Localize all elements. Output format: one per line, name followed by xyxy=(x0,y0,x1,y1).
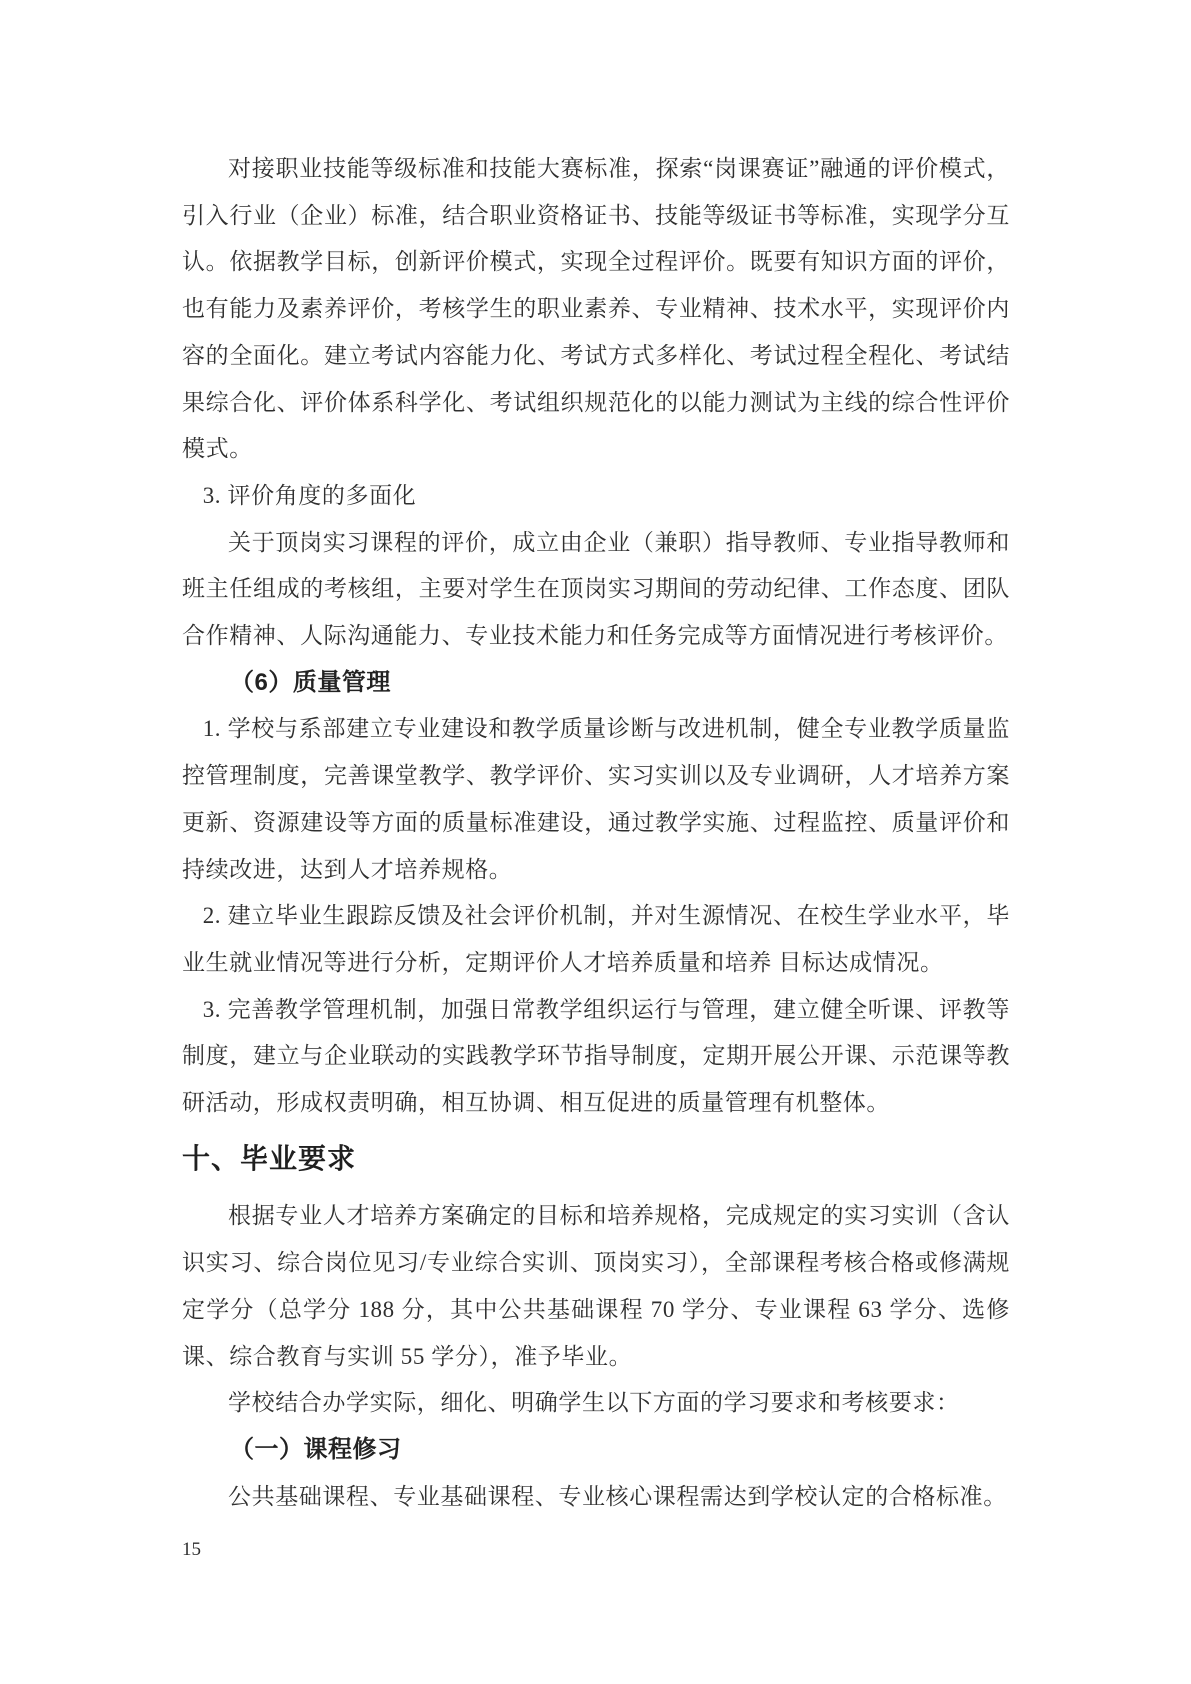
paragraph-internship-evaluation: 关于顶岗实习课程的评价，成立由企业（兼职）指导教师、专业指导教师和班主任组成的考… xyxy=(182,520,1010,660)
item-heading-evaluation-angles: 3. 评价角度的多面化 xyxy=(182,473,1010,520)
section-heading-quality-management: （6）质量管理 xyxy=(182,660,1010,707)
paragraph-course-standards: 公共基础课程、专业基础课程、专业核心课程需达到学校认定的合格标准。 xyxy=(182,1474,1010,1521)
page-number: 15 xyxy=(182,1538,201,1562)
paragraph-quality-item-2: 2. 建立毕业生跟踪反馈及社会评价机制，并对生源情况、在校生学业水平，毕业生就业… xyxy=(182,893,1010,986)
paragraph-quality-item-3: 3. 完善教学管理机制，加强日常教学组织运行与管理，建立健全听课、评教等制度，建… xyxy=(182,987,1010,1127)
paragraph-evaluation-model: 对接职业技能等级标准和技能大赛标准，探索“岗课赛证”融通的评价模式，引入行业（企… xyxy=(182,146,1010,473)
paragraph-graduation-credits: 根据专业人才培养方案确定的目标和培养规格，完成规定的实习实训（含认识实习、综合岗… xyxy=(182,1193,1010,1380)
chapter-heading-graduation-requirements: 十、毕业要求 xyxy=(182,1136,1010,1183)
page-content: 对接职业技能等级标准和技能大赛标准，探索“岗课赛证”融通的评价模式，引入行业（企… xyxy=(182,146,1010,1520)
section-heading-course-study: （一）课程修习 xyxy=(182,1427,1010,1474)
paragraph-quality-item-1: 1. 学校与系部建立专业建设和教学质量诊断与改进机制，健全专业教学质量监控管理制… xyxy=(182,706,1010,893)
paragraph-school-specific-requirements: 学校结合办学实际，细化、明确学生以下方面的学习要求和考核要求： xyxy=(182,1380,1010,1427)
document-page: 对接职业技能等级标准和技能大赛标准，探索“岗课赛证”融通的评价模式，引入行业（企… xyxy=(0,0,1191,1684)
